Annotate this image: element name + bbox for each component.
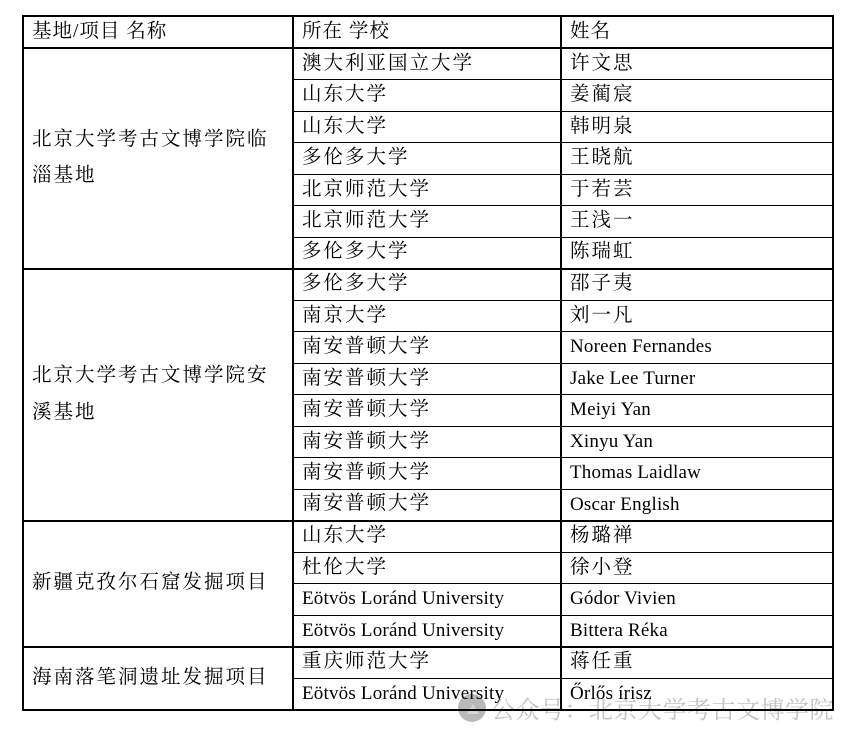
- name-cell: Noreen Fernandes: [561, 332, 833, 364]
- name-cell: Bittera Réka: [561, 615, 833, 647]
- school-cell: 南安普顿大学: [293, 426, 561, 458]
- school-cell: 南安普顿大学: [293, 489, 561, 521]
- name-cell: Thomas Laidlaw: [561, 458, 833, 490]
- school-cell: 多伦多大学: [293, 237, 561, 269]
- school-cell: 北京师范大学: [293, 206, 561, 238]
- school-cell: 南安普顿大学: [293, 363, 561, 395]
- project-name-cell: 北京大学考古文博学院安溪基地: [23, 269, 293, 521]
- roster-table: 基地/项目 名称所在 学校姓名 北京大学考古文博学院临淄基地澳大利亚国立大学许文…: [22, 15, 834, 711]
- project-name-cell: 北京大学考古文博学院临淄基地: [23, 48, 293, 269]
- school-cell: 南安普顿大学: [293, 332, 561, 364]
- column-header-2: 所在 学校: [293, 16, 561, 48]
- name-cell: 王晓航: [561, 143, 833, 175]
- name-cell: 许文思: [561, 48, 833, 80]
- school-cell: Eötvös Loránd University: [293, 678, 561, 710]
- school-cell: 北京师范大学: [293, 174, 561, 206]
- school-cell: 南京大学: [293, 300, 561, 332]
- roster-table-container: 基地/项目 名称所在 学校姓名 北京大学考古文博学院临淄基地澳大利亚国立大学许文…: [22, 15, 832, 710]
- school-cell: 澳大利亚国立大学: [293, 48, 561, 80]
- name-cell: 邵子夷: [561, 269, 833, 301]
- school-cell: Eötvös Loránd University: [293, 615, 561, 647]
- table-row: 北京大学考古文博学院临淄基地澳大利亚国立大学许文思: [23, 48, 833, 80]
- school-cell: 山东大学: [293, 521, 561, 553]
- name-cell: Jake Lee Turner: [561, 363, 833, 395]
- name-cell: 陈瑞虹: [561, 237, 833, 269]
- name-cell: 刘一凡: [561, 300, 833, 332]
- header-row: 基地/项目 名称所在 学校姓名: [23, 16, 833, 48]
- project-name-cell: 新疆克孜尔石窟发掘项目: [23, 521, 293, 647]
- name-cell: 姜蔺宸: [561, 80, 833, 112]
- school-cell: 多伦多大学: [293, 143, 561, 175]
- table-row: 海南落笔洞遗址发掘项目重庆师范大学蒋任重: [23, 647, 833, 679]
- name-cell: 韩明泉: [561, 111, 833, 143]
- project-name-cell: 海南落笔洞遗址发掘项目: [23, 647, 293, 710]
- school-cell: 重庆师范大学: [293, 647, 561, 679]
- name-cell: Őrlős írisz: [561, 678, 833, 710]
- column-header-1: 基地/项目 名称: [23, 16, 293, 48]
- name-cell: Gódor Vivien: [561, 584, 833, 616]
- school-cell: 山东大学: [293, 111, 561, 143]
- school-cell: 南安普顿大学: [293, 458, 561, 490]
- name-cell: Xinyu Yan: [561, 426, 833, 458]
- school-cell: 杜伦大学: [293, 552, 561, 584]
- table-row: 新疆克孜尔石窟发掘项目山东大学杨璐禅: [23, 521, 833, 553]
- school-cell: 多伦多大学: [293, 269, 561, 301]
- school-cell: 南安普顿大学: [293, 395, 561, 427]
- name-cell: 杨璐禅: [561, 521, 833, 553]
- school-cell: Eötvös Loránd University: [293, 584, 561, 616]
- column-header-3: 姓名: [561, 16, 833, 48]
- school-cell: 山东大学: [293, 80, 561, 112]
- table-row: 北京大学考古文博学院安溪基地多伦多大学邵子夷: [23, 269, 833, 301]
- roster-table-body: 北京大学考古文博学院临淄基地澳大利亚国立大学许文思山东大学姜蔺宸山东大学韩明泉多…: [23, 48, 833, 710]
- name-cell: 蒋任重: [561, 647, 833, 679]
- name-cell: 王浅一: [561, 206, 833, 238]
- name-cell: Oscar English: [561, 489, 833, 521]
- name-cell: 于若芸: [561, 174, 833, 206]
- name-cell: 徐小登: [561, 552, 833, 584]
- name-cell: Meiyi Yan: [561, 395, 833, 427]
